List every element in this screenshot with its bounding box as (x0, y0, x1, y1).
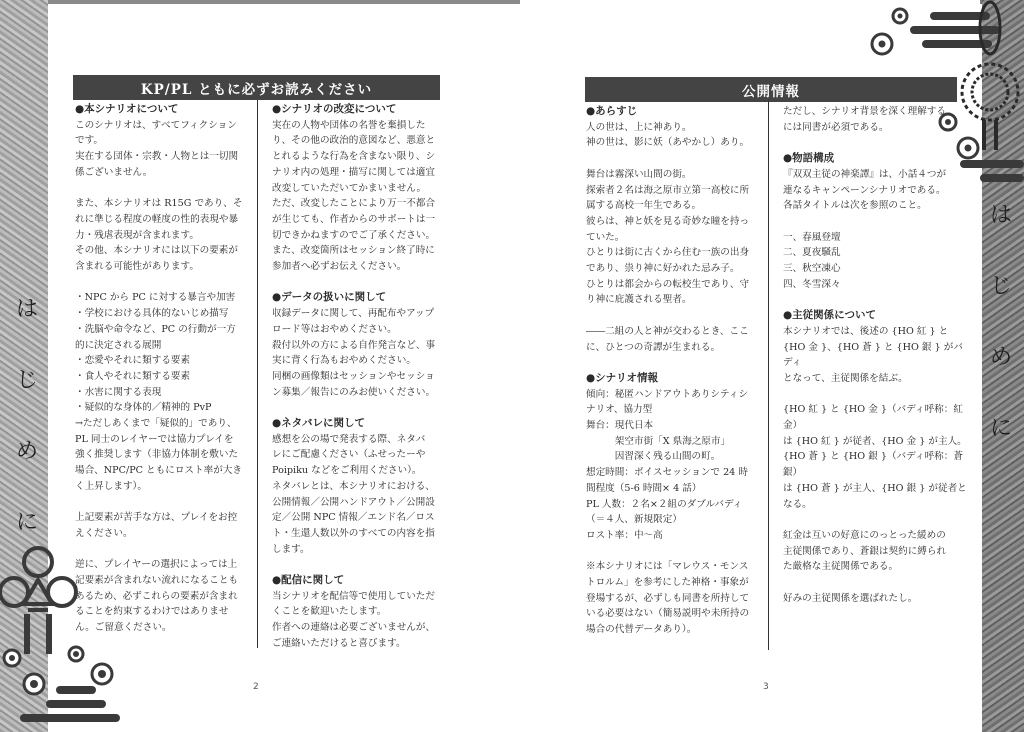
paragraph: 逆に、プレイヤーの選択によっては上 記要素が含まれない流れになることも あるため… (75, 557, 250, 636)
vertical-title-char: じ (990, 269, 1012, 300)
vertical-title-char: じ (16, 363, 38, 394)
paragraph: 傾向：秘匿ハンドアウトありシティシ ナリオ、協力型 舞台：現代日本 架空市街「X… (586, 387, 766, 544)
paragraph: 収録データに関して、再配布やアップ ロード等はおやめください。 殺付以外の方によ… (272, 306, 447, 400)
section-title: ●シナリオの改変について (272, 102, 447, 118)
paragraph: また、本シナリオは R15G であり、そ れに準じる程度の軽度の性的表現や暴 力… (75, 196, 250, 275)
paragraph: 当シナリオを配信等で使用していただ くことを歓迎いたします。 作者への連絡は必要… (272, 589, 447, 652)
section-title: ●シナリオ情報 (586, 371, 766, 387)
vertical-title-char: に (16, 505, 38, 536)
text-column: ●本シナリオについてこのシナリオは、すべてフィクション です。 実在する団体・宗… (75, 102, 250, 636)
section-title: ●主従関係について (783, 308, 968, 324)
vertical-title-char: は (16, 292, 38, 323)
section-title: ●本シナリオについて (75, 102, 250, 118)
paragraph-gap (586, 151, 766, 167)
vertical-title-char: め (16, 434, 38, 465)
paragraph: 舞台は霧深い山間の街。 探索者２名は海之原市立第一高校に所 属する高校一年生であ… (586, 167, 766, 308)
section-header: KP/PL ともに必ずお読みください (73, 75, 440, 100)
paragraph-gap (272, 400, 447, 416)
paragraph: 上記要素が苦手な方は、プレイをお控 えください。 (75, 510, 250, 541)
textured-top-edge (48, 0, 520, 4)
paragraph: 実在の人物や団体の名誉を棄損した り、その他の政治的意図など、悪意と とれるよう… (272, 118, 447, 275)
paragraph: 好みの主従関係を選ばれたし。 (783, 591, 968, 607)
paragraph: 感想を公の場で発表する際、ネタバ レにご配慮ください（ふせったーや Poipik… (272, 432, 447, 558)
paragraph: ――二組の人と神が交わるとき、ここ に、ひとつの奇譚が生まれる。 (586, 324, 766, 355)
paragraph-gap (75, 275, 250, 291)
plum-blossom-icon (0, 640, 130, 732)
text-column: ●シナリオの改変について実在の人物や団体の名誉を棄損した り、その他の政治的意図… (272, 102, 447, 652)
paragraph-gap (75, 495, 250, 511)
paragraph-gap (783, 214, 968, 230)
vertical-title-char: め (990, 340, 1012, 371)
paragraph-gap (272, 557, 447, 573)
paragraph: {HO 紅 } と {HO 金 }（バディ呼称：紅金） は {HO 紅 } が従… (783, 402, 968, 512)
paragraph: ※本シナリオには「マレウス・モンス トロルム」を参考にした神格・事象が 登場する… (586, 559, 766, 638)
paragraph-gap (783, 575, 968, 591)
vertical-title-char: は (990, 198, 1012, 229)
paragraph: 紅金は互いの好意にのっとった緩めの 主従関係であり、蒼銀は契約に縛られ た厳格な… (783, 528, 968, 575)
text-column: ●あらすじ人の世は、上に神あり。 神の世は、影に妖（あやかし）あり。舞台は霧深い… (586, 104, 766, 638)
section-title: ●データの扱いに関して (272, 290, 447, 306)
page-number: 3 (763, 682, 769, 692)
section-title: ●あらすじ (586, 104, 766, 120)
paragraph: 人の世は、上に神あり。 神の世は、影に妖（あやかし）あり。 (586, 120, 766, 151)
paragraph: 本シナリオでは、後述の {HO 紅 } と {HO 金 }、{HO 蒼 } と … (783, 324, 968, 387)
paragraph-gap (586, 355, 766, 371)
vertical-chapter-title: は じ め に (990, 198, 1012, 442)
section-title: ●ネタバレに関して (272, 416, 447, 432)
section-title: ●配信に関して (272, 573, 447, 589)
page-number: 2 (253, 682, 259, 692)
left-page: は じ め に KP/PL ともに必ずお読みください ●本シナリオについてこのシ… (0, 0, 520, 732)
paragraph-gap (272, 275, 447, 291)
paragraph: このシナリオは、すべてフィクション です。 実在する団体・宗教・人物とは一切関 … (75, 118, 250, 181)
vertical-title-char: に (990, 411, 1012, 442)
paragraph-gap (75, 542, 250, 558)
paragraph-gap (586, 544, 766, 560)
paragraph: 一、春風登壇 二、夏夜騒乱 三、秋空凍心 四、冬雪深々 (783, 230, 968, 293)
paragraph-gap (586, 308, 766, 324)
vertical-chapter-title: は じ め に (16, 292, 38, 536)
chrysanthemum-tassel-icon (860, 0, 1024, 200)
column-divider (768, 100, 769, 650)
column-divider (257, 100, 258, 648)
paragraph-gap (75, 181, 250, 197)
right-page: は じ め に 公開情報 ●あらすじ人の世は、上に神あり。 神の世は、影に妖（あ… (520, 0, 1024, 732)
paragraph-gap (783, 512, 968, 528)
paragraph-gap (783, 387, 968, 403)
paragraph-gap (783, 292, 968, 308)
paragraph: ・NPC から PC に対する暴言や加害 ・学校における具体的ないじめ描写 ・洗… (75, 290, 250, 494)
